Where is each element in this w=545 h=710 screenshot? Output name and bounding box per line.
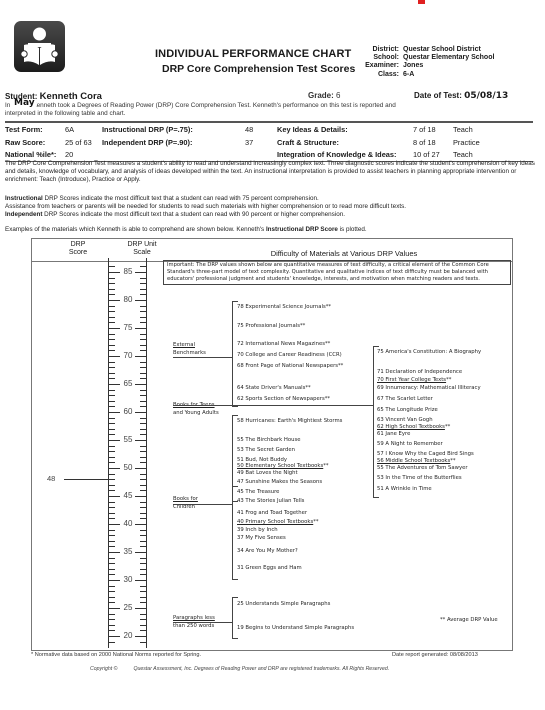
scale-tick [140,597,146,598]
score-row: Raw Score:25 of 63Independent DRP (P=.90… [5,136,533,149]
scale-tick [109,530,115,531]
scale-tick [109,558,115,559]
scale-tick [140,642,146,643]
meta-school: School:Questar Elementary School [355,54,494,62]
scale-tick [109,390,115,391]
scale-label: 60 [116,407,140,416]
material-item: 40 Primary School Textbooks** [237,519,319,525]
scale-label: 65 [116,379,140,388]
scale-tick [140,266,146,267]
material-item: 19 Begins to Understand Simple Paragraph… [237,625,354,631]
material-item: 50 Elementary School Textbooks** [237,463,329,469]
scale-tick [140,530,146,531]
scale-label: 80 [116,295,140,304]
material-item: 59 A Night to Remember [377,441,443,447]
scale-label: 30 [116,575,140,584]
scale-tick [109,339,115,340]
test-date: 05/08/13 [464,91,508,101]
scale-tick [140,485,146,486]
scale-tick [109,474,115,475]
scale-tick [140,418,146,419]
scale-tick [140,569,146,570]
meta-class: Class:6-A [355,71,494,79]
material-item: 34 Are You My Mother? [237,548,298,554]
plotted-score: 48 [47,474,55,483]
bracket [232,301,238,407]
intro-text: InKenneth took a Degrees of Reading Powe… [5,102,525,118]
scale-tick [140,395,146,396]
material-item: 68 Front Page of National Newspapers** [237,363,343,369]
scale-tick [109,619,115,620]
material-item: 64 State Driver's Manuals** [237,385,311,391]
scale-label: 50 [116,463,140,472]
material-item: 58 Hurricanes: Earth's Mightiest Storms [237,418,342,424]
material-item: 55 The Birchbark House [237,437,301,443]
test-month: May [13,99,36,107]
scale-tick [140,322,146,323]
legend-note: ** Average DRP Value [440,617,498,623]
scale-tick [109,395,115,396]
meta-examiner: Examiner:Jones [355,62,494,70]
scale-tick [109,502,115,503]
test-description: The DRP Core Comprehension Test measures… [5,160,535,184]
drp-definitions: Instructional DRP Scores indicate the mo… [5,195,535,219]
report-generated-date: Date report generated: 08/08/2013 [392,652,478,658]
material-item: 72 International News Magazines** [237,341,330,347]
score-cell-l1: Test Form: [5,123,65,136]
scale-label: 25 [116,603,140,612]
scale-tick [109,597,115,598]
chart-header: DRP Score DRP Unit Scale Difficulty of M… [32,239,512,262]
material-item: 53 In the Time of the Butterflies [377,475,462,481]
scale-tick [109,574,115,575]
material-item: 43 The Stories Julian Tells [237,498,304,504]
scale-tick [140,451,146,452]
scale-tick [109,317,115,318]
plotted-score-line [64,479,108,480]
scale-tick [109,490,115,491]
scale-label: 75 [116,323,140,332]
scale-tick [140,339,146,340]
scale-tick [140,535,146,536]
scale-tick [109,367,115,368]
col-drp-scale: DRP Unit Scale [112,241,172,257]
scale-label: 40 [116,519,140,528]
scale-tick [140,457,146,458]
scale-tick [140,429,146,430]
grade-value: 6 [336,91,340,100]
scale-tick [140,479,146,480]
scale-tick [140,602,146,603]
scale-tick [140,317,146,318]
connector-line [173,504,232,505]
material-item: 49 Bat Loves the Night [237,470,298,476]
scale-tick [109,535,115,536]
scale-tick [140,334,146,335]
report-meta: District:Questar School District School:… [355,46,494,79]
scale-tick [140,474,146,475]
scale-tick [140,563,146,564]
score-cell-l2: Instructional DRP (P=.75): [102,123,245,136]
connector-line [173,405,373,406]
scale-tick [109,345,115,346]
scale-tick [109,518,115,519]
scale-tick [109,289,115,290]
material-item: 70 College and Career Readiness (CCR) [237,352,342,358]
scale-tick [140,401,146,402]
scale-tick [140,434,146,435]
scale-tick [140,591,146,592]
material-item: 67 The Scarlet Letter [377,396,433,402]
scale-tick [109,485,115,486]
scale-tick [109,429,115,430]
scale-tick [109,451,115,452]
student-name: Kenneth Cora [40,91,102,102]
scale-tick [140,283,146,284]
scale-tick [140,294,146,295]
scale-tick [109,322,115,323]
score-cell-l3: Key Ideas & Details: [277,123,413,136]
score-cell-v4: Practice [453,136,533,149]
scale-tick [109,373,115,374]
scale-tick [140,614,146,615]
material-item: 39 Inch by Inch [237,527,278,533]
col-materials: Difficulty of Materials at Various DRP V… [179,250,509,258]
scale-tick [109,630,115,631]
score-cell-v3: 8 of 18 [413,136,453,149]
scale-tick [140,541,146,542]
scale-tick [109,406,115,407]
scale-tick [140,446,146,447]
material-item: 78 Experimental Science Journals** [237,304,331,310]
scale-tick [109,479,115,480]
scale-label: 35 [116,547,140,556]
scale-tick [109,602,115,603]
scale-tick [109,283,115,284]
score-cell-v1: 6A [65,123,102,136]
scale-tick [109,446,115,447]
connector-line [173,357,232,358]
scale-tick [140,490,146,491]
material-item: 53 The Secret Garden [237,447,295,453]
scale-tick [109,362,115,363]
scale-tick [109,591,115,592]
material-item: 45 The Treasure [237,489,279,495]
material-category: ExternalBenchmarks [173,342,206,357]
scale-tick [140,345,146,346]
scale-tick [109,434,115,435]
score-cell-v2: 48 [245,123,277,136]
scale-tick [140,558,146,559]
scale-label: 70 [116,351,140,360]
material-item: 55 The Adventures of Tom Sawyer [377,465,468,471]
scale-tick [109,563,115,564]
scale-right-edge [146,258,147,648]
scale-tick [109,294,115,295]
scale-label: 55 [116,435,140,444]
scale-tick [140,502,146,503]
score-cell-l2: Independent DRP (P=.90): [102,136,245,149]
copyright: Copyright ©Questar Assessment, Inc. Degr… [90,666,389,672]
scale-tick [140,378,146,379]
material-item: 62 High School Textbooks** [377,424,450,430]
scale-tick [109,586,115,587]
scale-tick [109,569,115,570]
material-item: 31 Green Eggs and Ham [237,565,302,571]
material-item: 65 The Longitude Prize [377,407,438,413]
material-item: 25 Understands Simple Paragraphs [237,601,330,607]
scale-tick [109,334,115,335]
scale-tick [109,462,115,463]
material-item: 70 First Year College Texts** [377,377,451,383]
scale-tick [109,642,115,643]
bracket [232,597,238,639]
scale-tick [140,350,146,351]
scale-tick [140,306,146,307]
scale-tick [140,362,146,363]
score-cell-v1: 25 of 63 [65,136,102,149]
col-drp-score: DRP Score [48,241,108,257]
connector-line [173,622,232,623]
scale-tick [109,541,115,542]
material-item: 56 Middle School Textbooks** [377,458,456,464]
scale-tick [109,378,115,379]
material-item: 57 I Know Why the Caged Bird Sings [377,451,474,457]
scale-tick [140,586,146,587]
scale-tick [109,350,115,351]
scale-tick [140,625,146,626]
bracket [232,486,238,580]
scale-tick [109,418,115,419]
scale-tick [140,518,146,519]
scale-tick [109,311,115,312]
scale-tick [140,507,146,508]
scale-tick [140,423,146,424]
scale-tick [109,513,115,514]
scale-tick [140,278,146,279]
material-item: 63 Vincent Van Gogh [377,417,433,423]
scale-label: 20 [116,631,140,640]
score-cell-l3: Craft & Structure: [277,136,413,149]
scale-tick [140,311,146,312]
report-title: INDIVIDUAL PERFORMANCE CHART [155,48,351,60]
material-item: 37 My Five Senses [237,535,286,541]
material-item: 71 Declaration of Independence [377,369,462,375]
material-item: 47 Sunshine Makes the Seasons [237,479,322,485]
scale-tick [109,614,115,615]
scale-tick [140,289,146,290]
score-table: Test Form:6AInstructional DRP (P=.75):48… [5,121,533,162]
material-item: 51 A Wrinkle in Time [377,486,432,492]
score-cell-v3: 7 of 18 [413,123,453,136]
scale-tick [140,406,146,407]
material-item: 61 Jane Eyre [377,431,410,437]
material-item: 75 Professional Journals** [237,323,305,329]
scale-tick [109,507,115,508]
footnote: * Normative data based on 2000 National … [31,652,201,658]
scale-tick [140,574,146,575]
person-reading-book-icon [14,21,65,72]
scale-tick [140,630,146,631]
scale-tick [140,373,146,374]
bracket [373,346,379,498]
material-item: 62 Sports Section of Newspapers** [237,396,330,402]
scale-tick [140,462,146,463]
scale-tick [109,457,115,458]
scale-tick [109,546,115,547]
material-item: 41 Frog and Toad Together [237,510,307,516]
scale-tick [109,306,115,307]
report-subtitle: DRP Core Comprehension Test Scores [162,63,355,75]
score-row: Test Form:6AInstructional DRP (P=.75):48… [5,123,533,136]
important-note: Important: The DRP values shown below ar… [163,260,511,285]
score-cell-l1: Raw Score: [5,136,65,149]
scale-tick [109,266,115,267]
scale-tick [140,390,146,391]
red-marker [418,0,425,4]
scale-tick [140,619,146,620]
meta-district: District:Questar School District [355,46,494,54]
material-item: 75 America's Constitution: A Biography [377,349,481,355]
scale-tick [140,367,146,368]
examples-text: Examples of the materials which Kenneth … [5,226,535,234]
scale-label: 45 [116,491,140,500]
scale-tick [109,423,115,424]
scale-tick [140,546,146,547]
scale-tick [109,401,115,402]
score-cell-v2: 37 [245,136,277,149]
score-cell-v4: Teach [453,123,533,136]
scale-tick [109,625,115,626]
scale-tick [140,513,146,514]
material-item: 69 Innumeracy: Mathematical Illiteracy [377,385,481,391]
scale-label: 85 [116,267,140,276]
scale-tick [109,278,115,279]
